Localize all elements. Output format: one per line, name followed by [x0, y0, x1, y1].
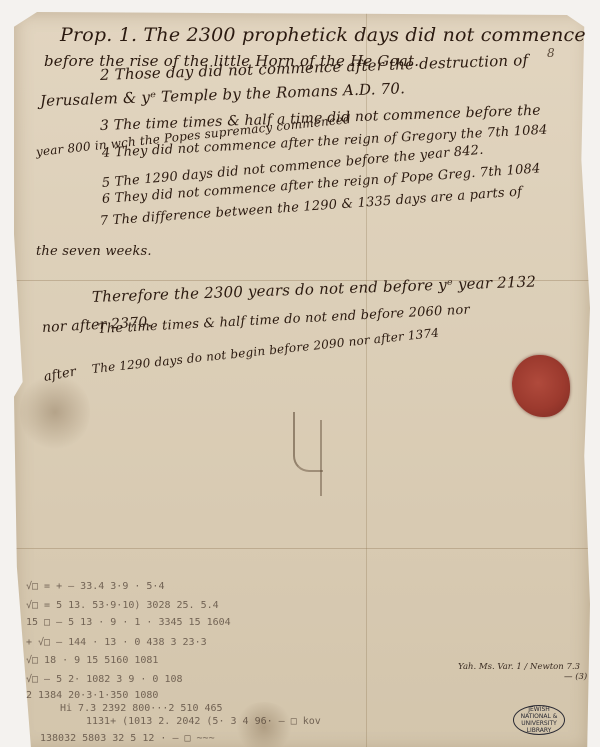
wax-seal: [512, 355, 570, 417]
shelfmark-subtext: — (3): [564, 672, 587, 682]
calculation-line: 1131+ (1013 2. 2042 (5· 3 4 96· — □ kov: [86, 716, 321, 727]
calculation-line: √□ = 5 13. 53·9·10) 3028 25. 5.4: [26, 600, 219, 611]
calculation-line: Hi 7.3 2392 800···2 510 465: [60, 703, 223, 714]
proposition-line: Prop. 1. The 2300 prophetick days did no…: [60, 24, 586, 46]
water-stain: [20, 372, 90, 452]
stamp-text: JEWISH NATIONAL & UNIVERSITY LIBRARY: [514, 706, 564, 734]
pencil-sketch: [293, 412, 323, 472]
pencil-sketch-stroke: [320, 420, 322, 496]
calculation-line: 2 1384 20·3·1·350 1080: [26, 690, 158, 701]
proposition-line: the seven weeks.: [36, 244, 152, 259]
calculation-line: √□ — 5 2· 1082 3 9 · 0 108: [26, 674, 183, 685]
library-stamp: JEWISH NATIONAL & UNIVERSITY LIBRARY: [513, 705, 565, 735]
page-number: 8: [547, 46, 555, 60]
calculation-line: 138032 5803 32 5 12 · — □ ~~~: [40, 733, 215, 744]
fold-crease: [14, 548, 590, 549]
library-shelfmark: Yah. Ms. Var. 1 / Newton 7.3 — (3): [458, 662, 587, 682]
calculation-line: 15 □ — 5 13 · 9 · 1 · 3345 15 1604: [26, 617, 231, 628]
calculation-line: + √□ — 144 · 13 · 0 438 3 23·3: [26, 637, 207, 648]
calculation-line: √□ = + — 33.4 3·9 · 5·4: [26, 581, 164, 592]
calculation-line: √□ 18 · 9 15 5160 1081: [26, 655, 158, 666]
shelfmark-text: Yah. Ms. Var. 1 / Newton 7.3: [458, 662, 580, 672]
